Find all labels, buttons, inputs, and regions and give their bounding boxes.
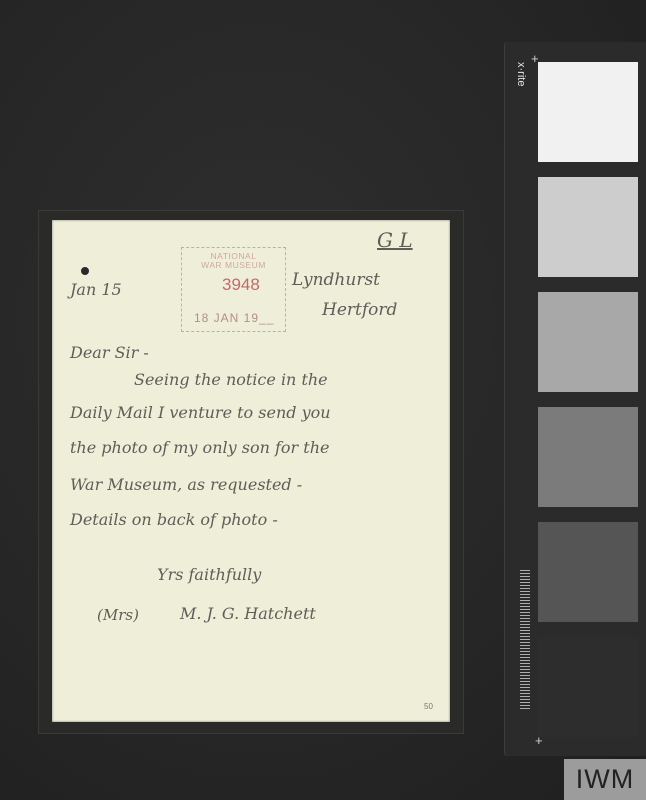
scale-ruler (520, 570, 530, 710)
salutation: Dear Sir - (70, 343, 149, 362)
stamp-date: 18 JAN 19__ (194, 311, 274, 325)
gray-patch-1 (538, 62, 638, 162)
gray-patch-3 (538, 292, 638, 392)
iwm-watermark: IWM (564, 759, 646, 800)
gray-patch-2 (538, 177, 638, 277)
gray-patch-5 (538, 522, 638, 622)
body-line: War Museum, as requested - (70, 475, 302, 494)
body-line: Daily Mail I venture to send you (70, 403, 331, 422)
address-line-1: Lyndhurst (292, 270, 380, 290)
page-number: 50 (424, 702, 433, 711)
letter-date: Jan 15 (70, 280, 122, 299)
body-line: Seeing the notice in the (134, 370, 328, 389)
crosshair-icon: + (535, 734, 543, 747)
closing: Yrs faithfully (157, 565, 261, 584)
letter-page: NATIONAL WAR MUSEUM 3948 18 JAN 19__ G L… (52, 220, 450, 722)
address-line-2: Hertford (322, 300, 397, 320)
punch-hole (81, 267, 89, 275)
gray-patch-4 (538, 407, 638, 507)
body-line: the photo of my only son for the (70, 438, 329, 457)
xrite-logo: x·rite (509, 62, 527, 122)
color-checker-card: + x·rite + (504, 42, 646, 756)
stamp-number: 3948 (222, 275, 260, 295)
gray-patch-6 (538, 637, 638, 737)
signature: M. J. G. Hatchett (180, 604, 316, 623)
stamp-line-2: WAR MUSEUM (182, 260, 285, 270)
title-mrs: (Mrs) (97, 606, 139, 624)
reference-mark: G L (377, 228, 413, 252)
museum-stamp: NATIONAL WAR MUSEUM 3948 18 JAN 19__ (181, 247, 286, 332)
body-line: Details on back of photo - (70, 510, 278, 529)
